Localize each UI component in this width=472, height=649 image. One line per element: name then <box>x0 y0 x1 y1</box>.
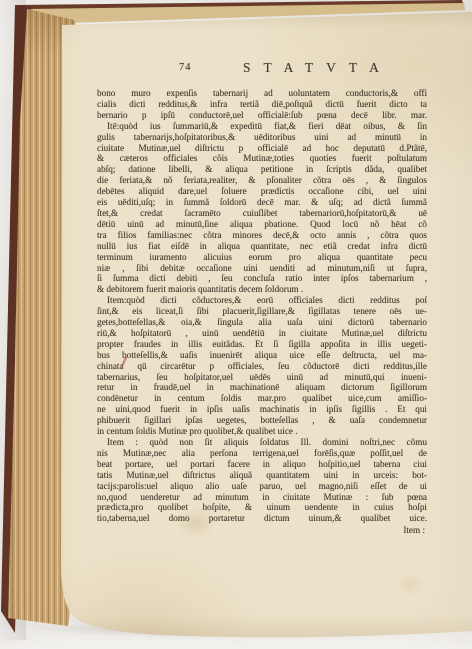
text-line: die feriata,& nõ feriata,realiter, & pſo… <box>97 175 427 186</box>
text-line: cialis dicti redditus,& infra tertiã diē… <box>97 99 427 110</box>
text-line: eis uēditi,uſq; in ſummã ſoldorū decē ma… <box>97 197 427 208</box>
text-line: ſint,& eis liceat,ſi ſibi placuerit,ſigi… <box>97 306 427 317</box>
text-line: tra filios familias:nec cõtra minores de… <box>97 230 427 241</box>
text-line: Itē:quòd ius ſummariū,& expeditū fiat,& … <box>97 121 427 132</box>
text-line: tio,taberna,uel domo portaretur dictum u… <box>97 513 427 524</box>
text-line: tatis Mutinæ,uel diſtrictus aliquã quant… <box>97 470 427 481</box>
catchword: Item : <box>97 525 425 536</box>
text-line: debētes aliquid dare,uel ſoluere prædict… <box>97 186 427 197</box>
text-line: no,quod uenderetur ad minutum in ciuitat… <box>97 492 427 503</box>
text-line: retur in fraudē,uel in machinationē aliq… <box>97 382 427 393</box>
text-line: ciuitate Mutinæ,uel diſtrictu p official… <box>97 143 427 154</box>
text-line: & debitorem fuerit maioris quantitatis d… <box>97 284 427 295</box>
text-line: propter fraudes in illis euitãdas. Et ſi… <box>97 339 427 350</box>
text-line: tacijs:parolis:uel aliquo alio uaſe paru… <box>97 481 427 492</box>
text-line: Item : quòd non ſit aliquis ſoldatus Ill… <box>97 437 427 448</box>
text-line: niæ , ſibi debitæ occaſione uini uenditi… <box>97 263 427 274</box>
text-line: condēnetur in centum ſoldis mar.pro qual… <box>97 393 427 404</box>
text-line: abſq; datione libelli, & aliqua petition… <box>97 164 427 175</box>
photo-backdrop: 74 STATVTA bono muro expenſis tabernarij… <box>0 0 472 649</box>
text-line: gulis tabernarijs,hoſpitatoribus,& uēdit… <box>97 132 427 143</box>
text-line: beat portare, uel portari facere in aliq… <box>97 459 427 470</box>
text-block: bono muro expenſis tabernarij ad uolunta… <box>97 88 427 524</box>
text-line: ne uini,quod fuerit in ipſis uaſis machi… <box>97 404 427 415</box>
text-line: Item:quòd dicti cõductores,& eorū offici… <box>97 295 427 306</box>
text-line: ſi ſumma dicti debiti , ſeu concluſa rat… <box>97 273 427 284</box>
text-line: bono muro expenſis tabernarij ad uolunta… <box>97 88 427 99</box>
text-line: & cæteros officiales cõis Mutinæ,toties … <box>97 153 427 164</box>
text-line: nis Mutinæ,nec alia perſona terrigena,ue… <box>97 448 427 459</box>
text-line: bus botteſellis,& uaſis inuenirēt aliqua… <box>97 350 427 361</box>
text-line: terminum iuramento alicuius eorum pro al… <box>97 252 427 263</box>
text-line: ſtet,& credat ſacramēto cuiuſlibet taber… <box>97 208 427 219</box>
text-line: tabernarius, ſeu hoſpitator,uel uēdēs ui… <box>97 372 427 383</box>
text-line: dētiū uinū ad minutū,ſine aliqua pbation… <box>97 219 427 230</box>
printed-content: 74 STATVTA bono muro expenſis tabernarij… <box>0 0 472 649</box>
text-line: nullū ius fiat eiſdē in aliqua quantitat… <box>97 241 427 252</box>
text-line: bernario p ipſū conductorē,uel officialē… <box>97 110 427 121</box>
text-line: prædicta,pro quolibet hoſpite, & uinum u… <box>97 502 427 513</box>
text-line: getes,botteſellas,& oia,& ſingula alia u… <box>97 317 427 328</box>
page-header: 74 STATVTA <box>97 60 427 76</box>
text-line: chinata qū circarētur p officiales, ſeu … <box>97 361 427 372</box>
text-line: riū,& hoſpitatorū , uinū uendētiū in ciu… <box>97 328 427 339</box>
text-line: in centum ſoldis Mutinæ pro quolibet,& q… <box>97 426 427 437</box>
text-line: phibuerit ſigillari ipſas uegetes, botte… <box>97 415 427 426</box>
page-number: 74 <box>179 62 192 73</box>
running-title: STATVTA <box>243 60 392 76</box>
